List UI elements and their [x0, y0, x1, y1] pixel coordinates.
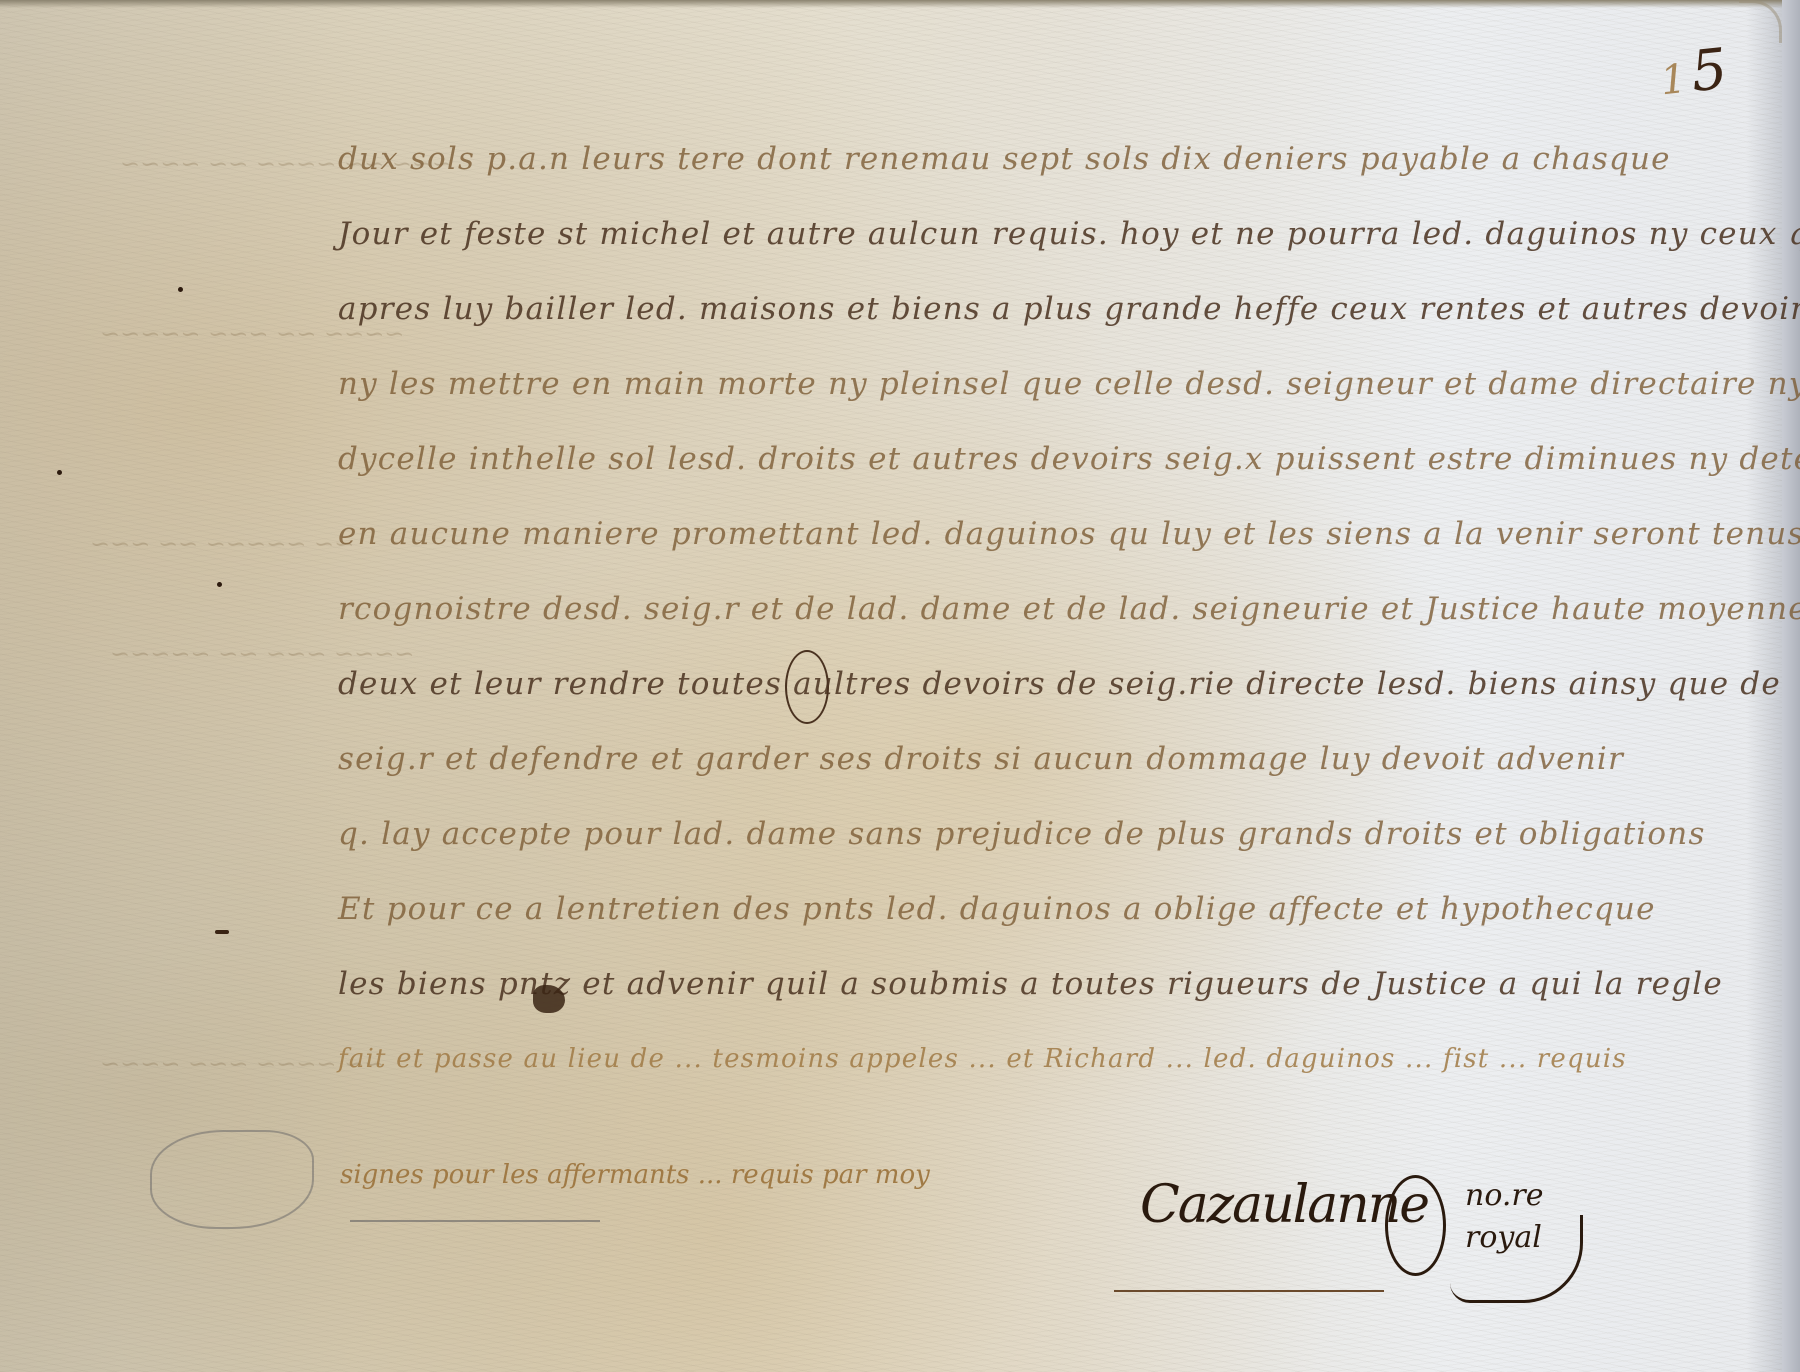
manuscript-line: fait et passe au lieu de ... tesmoins ap… [338, 1022, 1758, 1097]
folio-number-prefix: 1 [1658, 56, 1688, 104]
signature-flourish [1450, 1215, 1583, 1303]
manuscript-line: apres luy bailler led. maisons et biens … [338, 272, 1758, 347]
right-page-edge [1782, 0, 1800, 1372]
top-page-shadow [0, 0, 1800, 8]
signature-rule [1114, 1290, 1384, 1292]
witness-signature-line: signes pour les affermants ... requis pa… [340, 1160, 930, 1190]
manuscript-line: en aucune maniere promettant led. daguin… [338, 497, 1758, 572]
notary-paraph-icon [1385, 1175, 1446, 1276]
notary-signature: Cazaulanne no.re royal [1120, 1175, 1720, 1345]
folio-number-main: 5 [1688, 37, 1730, 105]
margin-dot [217, 582, 222, 587]
margin-dot [178, 287, 183, 292]
manuscript-line: dux sols p.a.n leurs tere dont renemau s… [338, 122, 1758, 197]
bleed-through-text: ~~ ~~~~~ ~~ ~~~ [90, 530, 354, 558]
manuscript-photo: ~~~ ~~ ~~~~ ~~ ~~~~ ~~~~ ~~ ~~~ ~~~~~ ~~… [0, 0, 1800, 1372]
notary-title-line1: no.re [1465, 1175, 1544, 1217]
manuscript-line: deux et leur rendre toutes aultres devoi… [338, 647, 1758, 722]
margin-mark [215, 930, 229, 934]
margin-dot [57, 470, 62, 475]
circled-word-mark [785, 650, 829, 724]
manuscript-line: seig.r et defendre et garder ses droits … [338, 722, 1758, 797]
manuscript-body: dux sols p.a.n leurs tere dont renemau s… [338, 122, 1758, 1097]
manuscript-line: rcognoistre desd. seig.r et de lad. dame… [338, 572, 1758, 647]
manuscript-line: q. lay accepte pour lad. dame sans preju… [338, 797, 1758, 872]
manuscript-line: Jour et feste st michel et autre aulcun … [338, 197, 1758, 272]
folio-number: 15 [1657, 37, 1731, 109]
manuscript-line: ny les mettre en main morte ny pleinsel … [338, 347, 1758, 422]
signature-underline [350, 1220, 600, 1222]
pencil-scrawl [150, 1130, 314, 1229]
ink-blot [533, 985, 565, 1013]
manuscript-line: dycelle inthelle sol lesd. droits et aut… [338, 422, 1758, 497]
manuscript-line: Et pour ce a lentretien des pnts led. da… [338, 872, 1758, 947]
witness-signatures: signes pour les affermants ... requis pa… [150, 1130, 750, 1230]
